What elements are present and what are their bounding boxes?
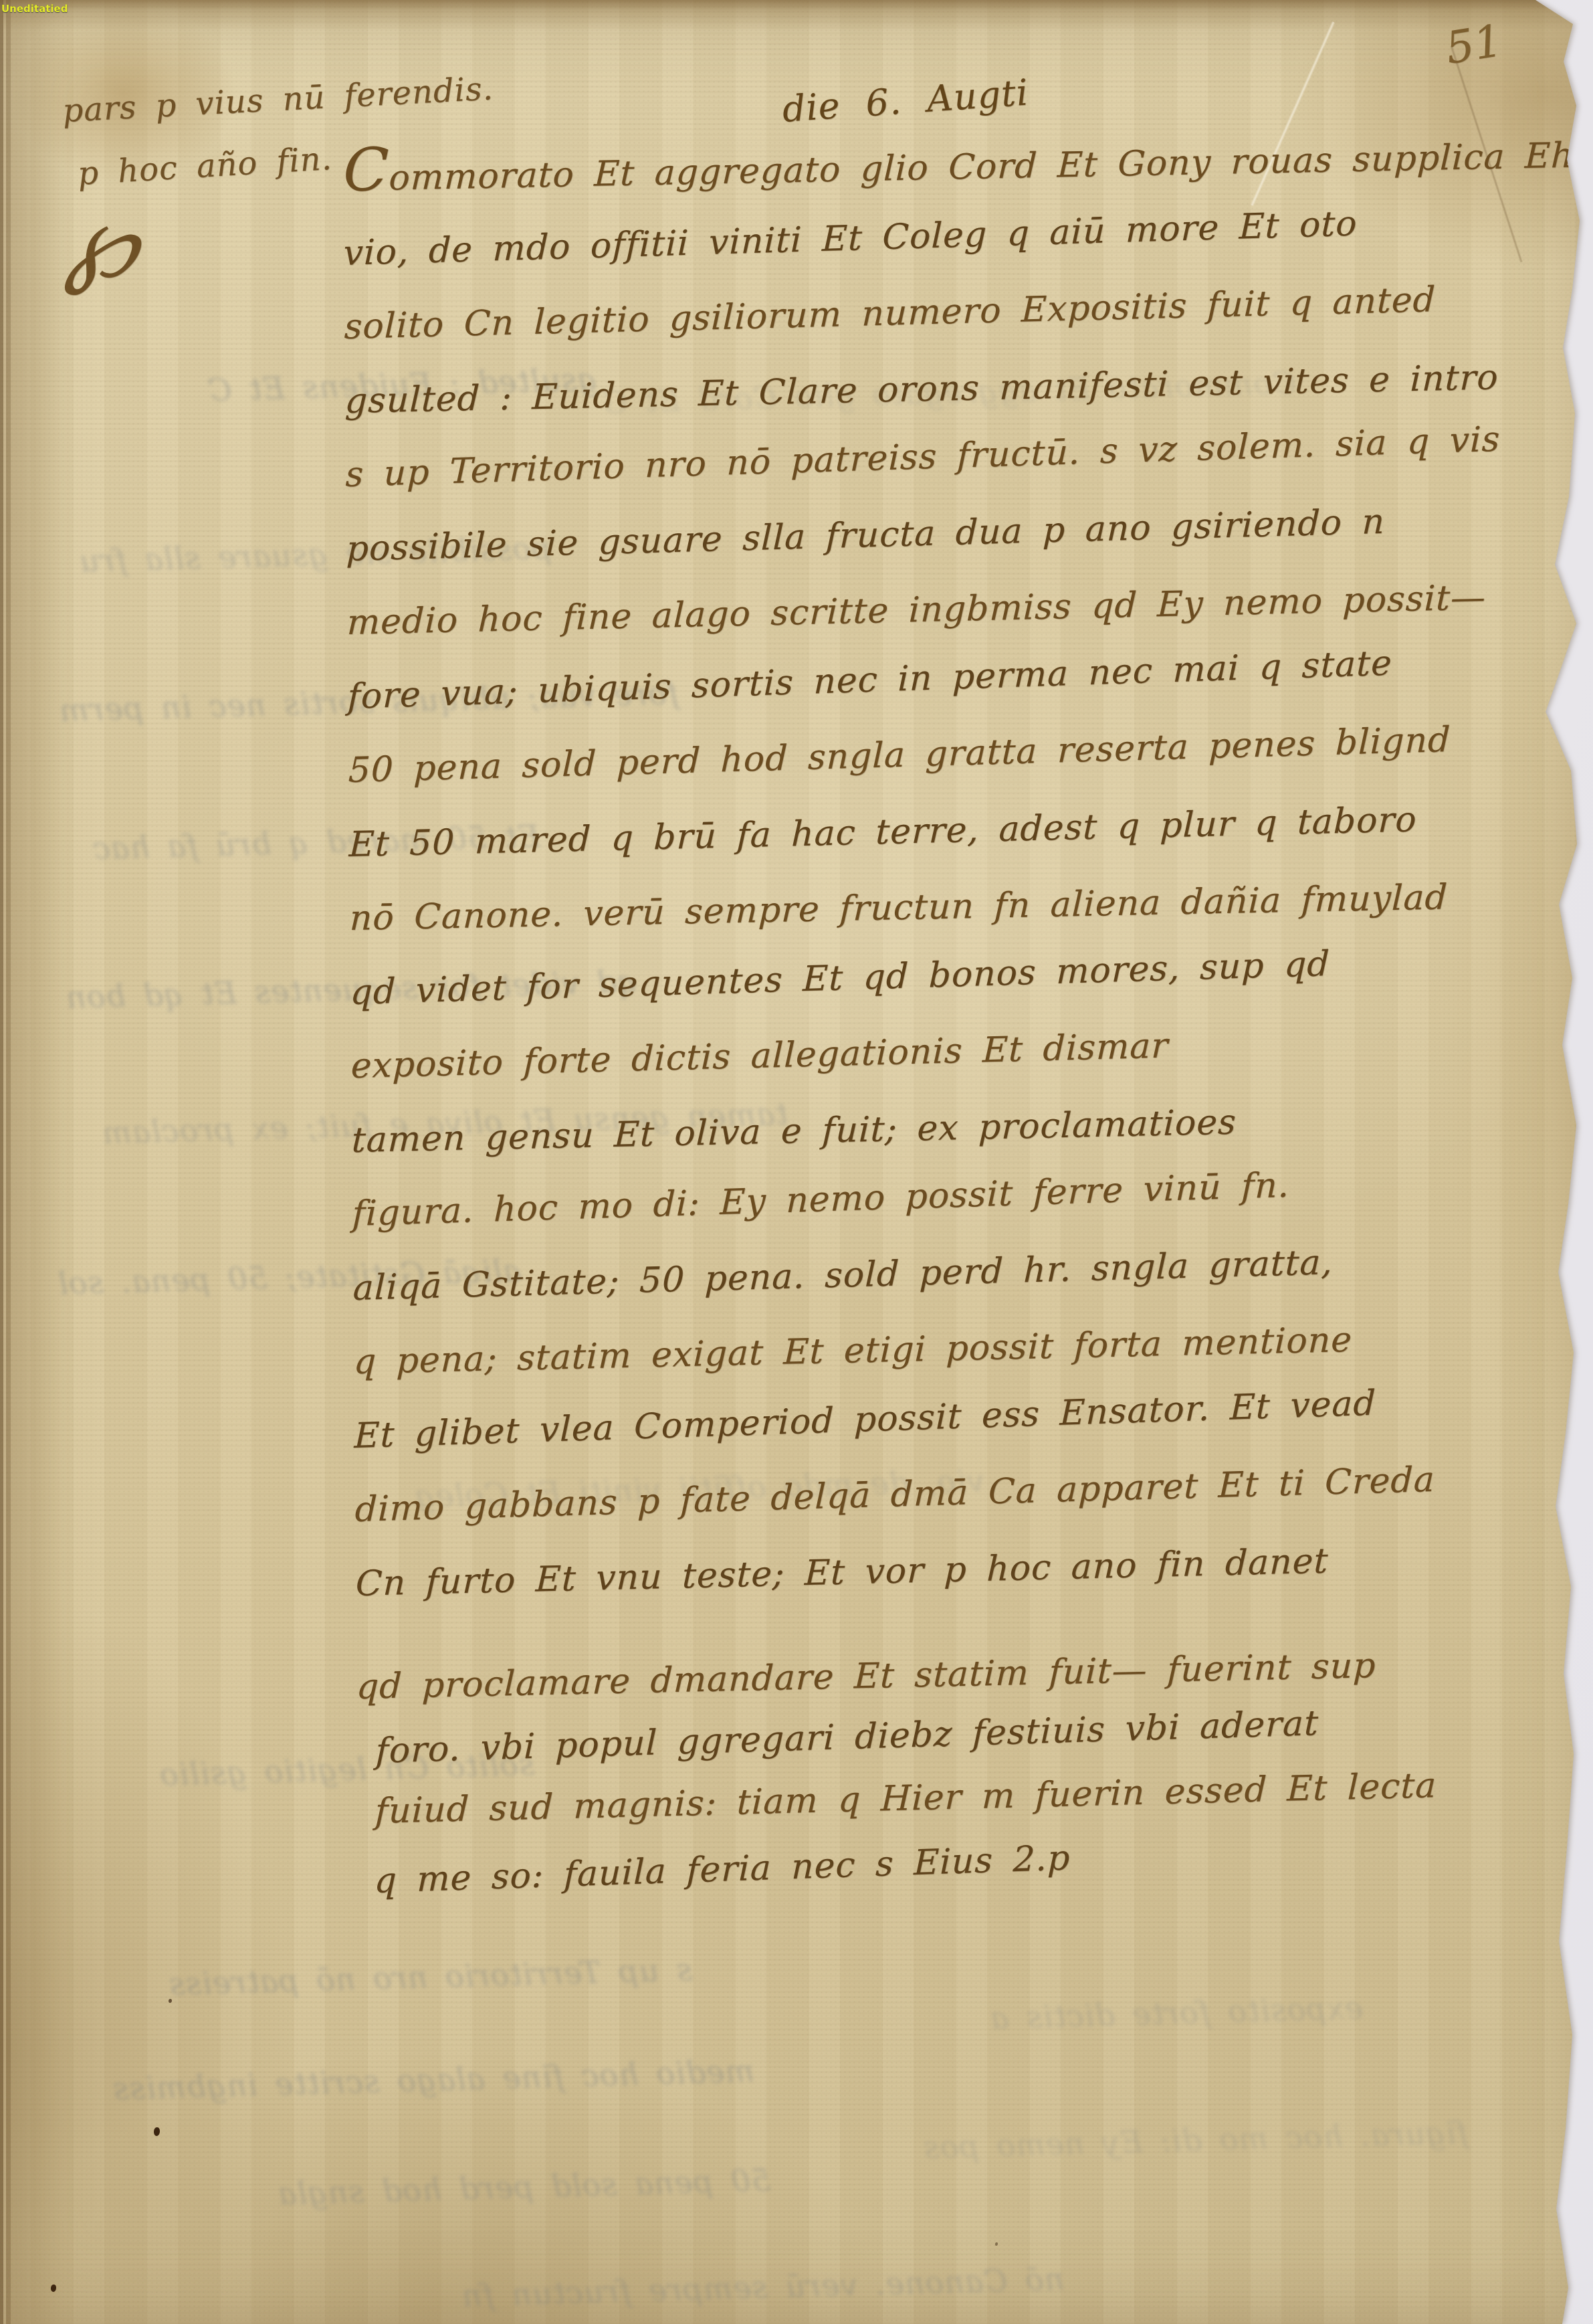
manuscript-line: exposito forte dictis allegationis Et di…: [350, 1026, 1169, 1086]
manuscript-line: nō Canone. verū sempre fructun fn aliena…: [349, 877, 1449, 939]
manuscript-line: possibile sie gsuare slla fructa dua p a…: [346, 502, 1386, 569]
margin-flourish-mark: ℘: [62, 180, 144, 303]
ink-speck: [169, 1999, 172, 2003]
bleedthrough-ghost-line: 50 pena sold perd hod sngla: [277, 2162, 771, 2212]
heading-date: die 6. Augti: [781, 71, 1030, 130]
bleedthrough-ghost-line: exposito forte dictis a: [989, 1990, 1364, 2036]
watermark-label: Uneditatied: [1, 3, 68, 15]
ink-speck: [995, 2242, 998, 2246]
manuscript-line: dimo gabbans p fate delqā dmā Ca apparet…: [354, 1460, 1435, 1530]
manuscript-line: solito Cn legitio gsiliorum numero Expos…: [344, 280, 1437, 347]
bleedthrough-ghost-line: nō Canone. verū sempre fructun fn: [461, 2260, 1065, 2313]
ink-speck: [154, 2127, 160, 2136]
manuscript-line: s up Territorio nro nō patreiss fructū. …: [345, 419, 1501, 495]
paper-grain-texture: [0, 0, 1593, 2324]
manuscript-line: aliqā Gstitate; 50 pena. sold perd hr. s…: [352, 1242, 1334, 1309]
manuscript-line: vio, de mdo offitii viniti Et Coleg q ai…: [343, 203, 1358, 274]
manuscript-line: Cn furto Et vnu teste; Et vor p hoc ano …: [355, 1541, 1329, 1604]
margin-note-line-1: pars p vius nū ferendis.: [62, 70, 494, 130]
bleedthrough-ghost-line: figura. hoc mo di: Ey nemo pos: [922, 2115, 1468, 2166]
scanned-manuscript-screenshot: { "page": { "page_number": "51", "waterm…: [0, 0, 1593, 2324]
bleedthrough-ghost-line: medio hoc fine alago scritte ingbmiss: [112, 2053, 754, 2107]
manuscript-line: q pena; statim exigat Et etigi possit fo…: [353, 1320, 1353, 1382]
ink-speck: [51, 2285, 56, 2292]
manuscript-line: Et 50 mared q brū fa hac terre, adest q …: [348, 799, 1418, 865]
manuscript-line: fuiud sud magnis: tiam q Hier m fuerin e…: [375, 1765, 1437, 1832]
manuscript-line: 50 pena sold perd hod sngla gratta reser…: [348, 720, 1451, 791]
manuscript-line: fore vua; ubiquis sortis nec in perma ne…: [347, 643, 1392, 717]
bleedthrough-ghost-line: s up Territorio nro nō patreiss: [168, 1951, 693, 2002]
manuscript-line: figura. hoc mo di: Ey nemo possit ferre …: [352, 1165, 1290, 1234]
manuscript-line: gsulted : Euidens Et Clare orons manifes…: [344, 357, 1499, 421]
manuscript-line: qd videt for sequentes Et qd bonos mores…: [350, 944, 1330, 1013]
manuscript-line: Et glibet vlea Comperiod possit ess Ensa…: [354, 1383, 1376, 1456]
manuscript-line: qd proclamare dmandare Et statim fuit— f…: [356, 1646, 1376, 1707]
manuscript-page-wrap: gsulted : Euidens Et Cpossibile sie gsua…: [0, 0, 1593, 2324]
manuscript-line: medio hoc fine alago scritte ingbmiss qd…: [346, 577, 1487, 643]
manuscript-page: gsulted : Euidens Et Cpossibile sie gsua…: [0, 0, 1593, 2324]
manuscript-line: q me so: fauila feria nec s Eius 2.p: [374, 1838, 1071, 1901]
manuscript-line: Commorato Et aggregato glio Cord Et Gony…: [342, 135, 1593, 199]
folio-page-number: 51: [1442, 15, 1505, 74]
manuscript-line: tamen gensu Et oliva e fuit; ex proclama…: [351, 1102, 1237, 1161]
manuscript-line: foro. vbi popul ggregari diebz festiuis …: [375, 1703, 1319, 1771]
